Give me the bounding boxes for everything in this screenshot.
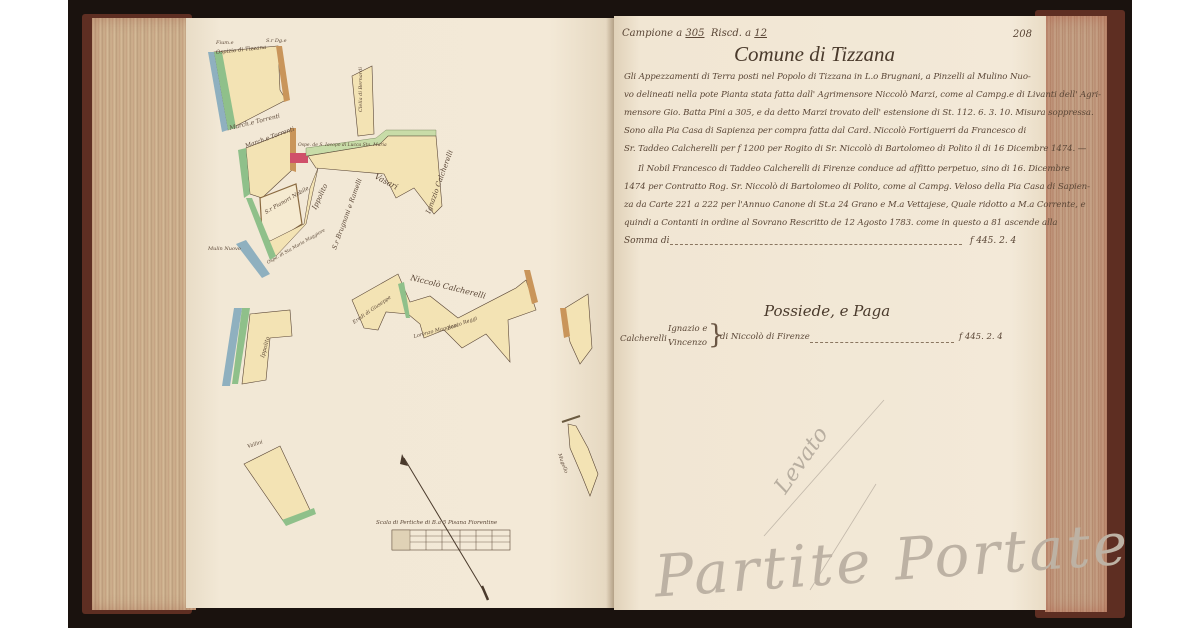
- cadastral-map: Fium.e S.r Dg.e Ospizio di Tizzana March…: [186, 18, 614, 608]
- svg-text:Mugello: Mugello: [556, 452, 569, 474]
- svg-text:Clelia di Bernardi: Clelia di Bernardi: [358, 67, 364, 112]
- map-page: Fium.e S.r Dg.e Ospizio di Tizzana March…: [186, 18, 614, 608]
- parcel-lower-left: [244, 446, 310, 522]
- page-edges-left: [92, 18, 196, 610]
- svg-text:Vallini: Vallini: [247, 439, 264, 450]
- svg-text:Fium.e: Fium.e: [215, 40, 234, 46]
- svg-text:Niccolò Calcherelli: Niccolò Calcherelli: [409, 273, 488, 301]
- parcel-lower-right: [568, 424, 598, 496]
- north-arrow-icon: [400, 454, 488, 600]
- register-page: Campione a 305 Riscd. a 12 208 Comune di…: [614, 16, 1046, 610]
- svg-text:S.r Dg.e: S.r Dg.e: [266, 38, 287, 44]
- svg-text:Scala di Pertiche di B.a 5 Pis: Scala di Pertiche di B.a 5 Pisana Fioren…: [376, 520, 498, 526]
- building-red: [290, 153, 308, 163]
- svg-text:Ospe. de S. Iacopo di Lucca St: Ospe. de S. Iacopo di Lucca Sta. Maria: [298, 142, 387, 148]
- scale-bar: [392, 530, 510, 550]
- svg-text:Mulin Nuovo: Mulin Nuovo: [207, 246, 241, 252]
- svg-text:S.r Brugnani e Ramelli: S.r Brugnani e Ramelli: [330, 177, 363, 250]
